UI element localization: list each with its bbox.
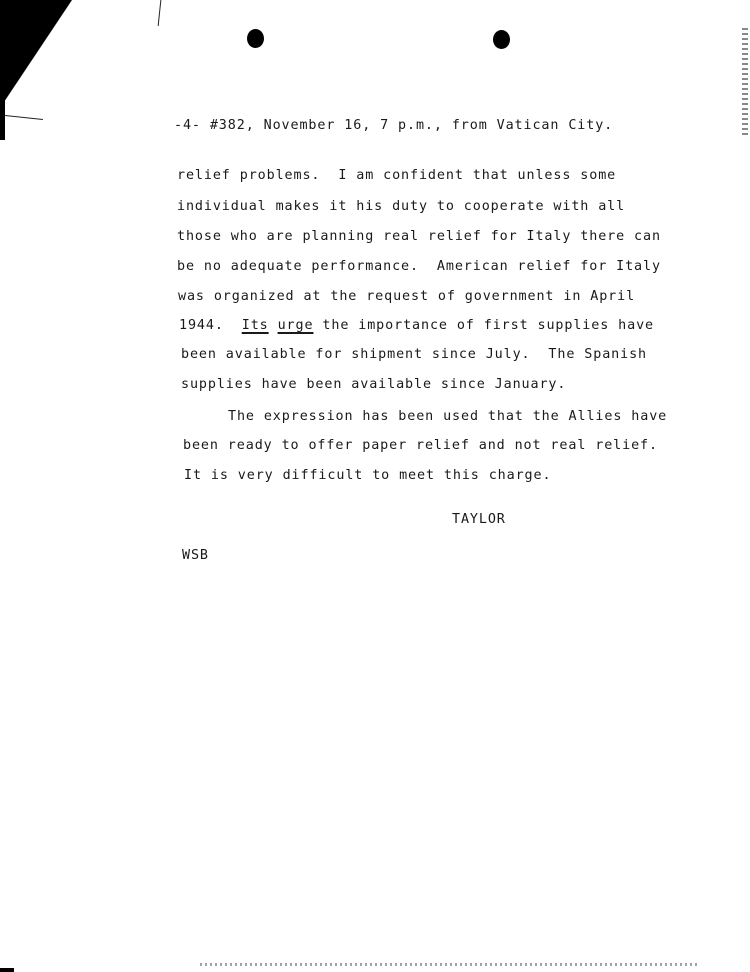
body-line-4: be no adequate performance. American rel…	[177, 259, 661, 275]
scan-corner-strip	[0, 100, 5, 140]
text-rest: the importance of first supplies have	[313, 318, 654, 333]
scan-bottom-mark	[0, 968, 14, 972]
punch-hole-right	[493, 30, 510, 49]
signature: TAYLOR	[452, 512, 506, 528]
body-line-3: those who are planning real relief for I…	[177, 229, 661, 245]
paragraph-2-line-2: been ready to offer paper relief and not…	[183, 438, 658, 454]
underlined-its: Its	[242, 318, 269, 333]
scan-edge-mark	[5, 115, 43, 120]
text-1944: 1944.	[179, 318, 242, 333]
scan-corner-shadow	[0, 0, 72, 108]
body-line-1: relief problems. I am confident that unl…	[177, 168, 616, 184]
body-line-5: was organized at the request of governme…	[178, 289, 635, 305]
underlined-urge: urge	[278, 318, 314, 333]
scan-right-noise	[742, 28, 748, 138]
body-line-6: 1944. Its urge the importance of first s…	[179, 318, 654, 334]
paragraph-2-line-3: It is very difficult to meet this charge…	[184, 468, 551, 484]
document-header: -4- #382, November 16, 7 p.m., from Vati…	[174, 118, 613, 134]
paragraph-2-line-1: The expression has been used that the Al…	[228, 409, 667, 425]
initials: WSB	[182, 548, 209, 564]
body-line-7: been available for shipment since July. …	[181, 347, 647, 363]
body-line-2: individual makes it his duty to cooperat…	[177, 199, 625, 215]
text-space	[269, 318, 278, 333]
punch-hole-left	[247, 29, 264, 48]
scan-bottom-noise	[200, 963, 700, 966]
scan-vertical-mark	[158, 0, 162, 26]
body-line-8: supplies have been available since Janua…	[181, 377, 566, 393]
